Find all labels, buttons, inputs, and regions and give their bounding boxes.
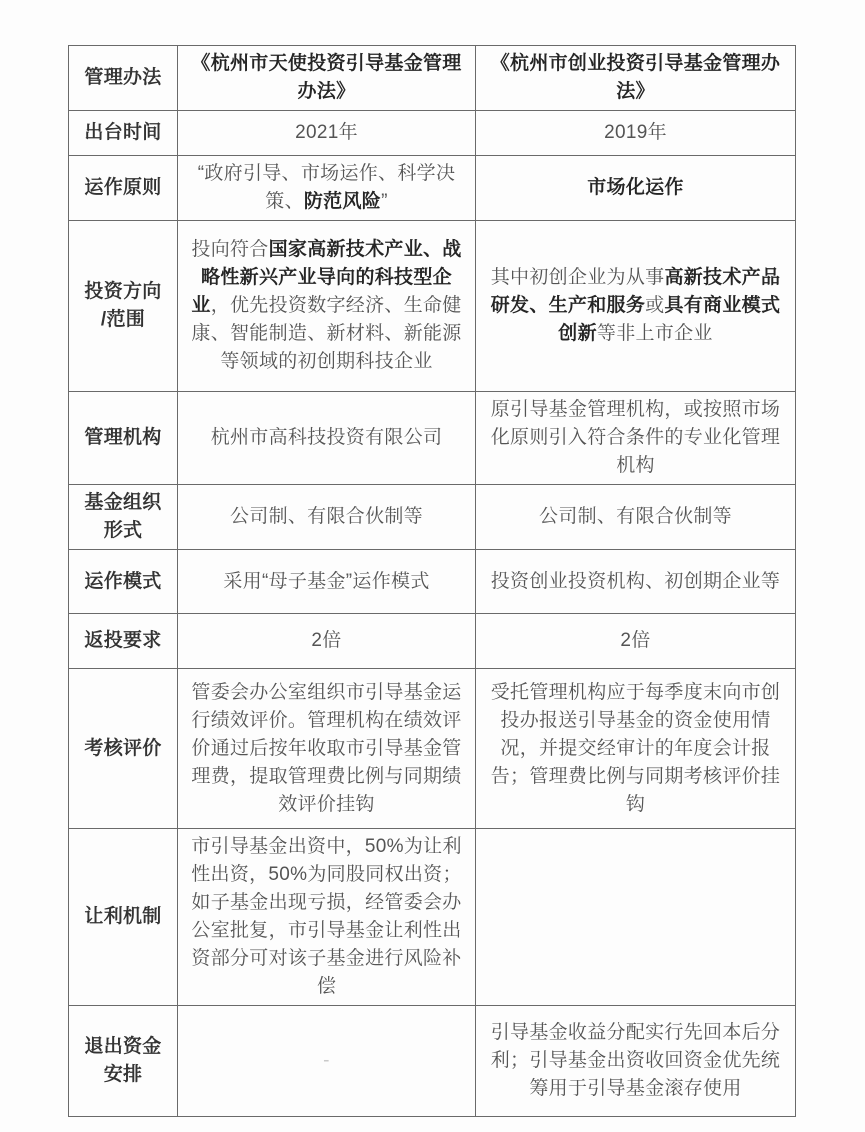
cell-angel-operation-principle: “政府引导、市场运作、科学决策、防范风险”: [178, 156, 476, 221]
row-management-org: 管理机构 杭州市高科技投资有限公司 原引导基金管理机构，或按照市场化原则引入符合…: [69, 392, 796, 485]
row-header-exit-arrangement: 退出资金 安排: [69, 1006, 178, 1117]
cell-angel-management-org: 杭州市高科技投资有限公司: [178, 392, 476, 485]
scanned-document-page: 管理办法 《杭州市天使投资引导基金管理办法》 《杭州市创业投资引导基金管理办法》…: [0, 0, 865, 1132]
cell-angel-investment-scope: 投向符合国家高新技术产业、战略性新兴产业导向的科技型企业，优先投资数字经济、生命…: [178, 221, 476, 392]
row-exit-arrangement: 退出资金 安排 - 引导基金收益分配实行先回本后分利；引导基金出资收回资金优先统…: [69, 1006, 796, 1117]
cell-venture-management-org: 原引导基金管理机构，或按照市场化原则引入符合条件的专业化管理机构: [476, 392, 796, 485]
row-operation-mode: 运作模式 采用“母子基金”运作模式 投资创业投资机构、初创期企业等: [69, 550, 796, 614]
row-evaluation: 考核评价 管委会办公室组织市引导基金运行绩效评价。管理机构在绩效评价通过后按年收…: [69, 669, 796, 829]
row-fund-structure: 基金组织 形式 公司制、有限合伙制等 公司制、有限合伙制等: [69, 485, 796, 550]
cell-angel-exit-arrangement: -: [178, 1006, 476, 1117]
cell-angel-issue-year: 2021年: [178, 111, 476, 156]
cell-angel-reinvest-requirement: 2倍: [178, 614, 476, 669]
row-header-operation-principle: 运作原则: [69, 156, 178, 221]
cell-venture-issue-year: 2019年: [476, 111, 796, 156]
row-header-evaluation: 考核评价: [69, 669, 178, 829]
cell-venture-evaluation: 受托管理机构应于每季度末向市创投办报送引导基金的资金使用情况，并提交经审计的年度…: [476, 669, 796, 829]
cell-venture-operation-principle: 市场化运作: [476, 156, 796, 221]
cell-venture-reinvest-requirement: 2倍: [476, 614, 796, 669]
cell-angel-fund-structure: 公司制、有限合伙制等: [178, 485, 476, 550]
row-header-reinvest-requirement: 返投要求: [69, 614, 178, 669]
cell-venture-fund-structure: 公司制、有限合伙制等: [476, 485, 796, 550]
row-reinvest-requirement: 返投要求 2倍 2倍: [69, 614, 796, 669]
row-investment-scope: 投资方向 /范围 投向符合国家高新技术产业、战略性新兴产业导向的科技型企业，优先…: [69, 221, 796, 392]
cell-angel-measure-title: 《杭州市天使投资引导基金管理办法》: [178, 46, 476, 111]
row-header-issue-year: 出台时间: [69, 111, 178, 156]
cell-angel-operation-mode: 采用“母子基金”运作模式: [178, 550, 476, 614]
row-profit-concession: 让利机制 市引导基金出资中，50%为让利性出资，50%为同股同权出资；如子基金出…: [69, 829, 796, 1006]
row-issue-year: 出台时间 2021年 2019年: [69, 111, 796, 156]
row-header-measure-title: 管理办法: [69, 46, 178, 111]
cell-angel-profit-concession: 市引导基金出资中，50%为让利性出资，50%为同股同权出资；如子基金出现亏损，经…: [178, 829, 476, 1006]
row-operation-principle: 运作原则 “政府引导、市场运作、科学决策、防范风险” 市场化运作: [69, 156, 796, 221]
row-header-profit-concession: 让利机制: [69, 829, 178, 1006]
row-header-management-org: 管理机构: [69, 392, 178, 485]
row-header-fund-structure: 基金组织 形式: [69, 485, 178, 550]
cell-venture-investment-scope: 其中初创企业为从事高新技术产品研发、生产和服务或具有商业模式创新等非上市企业: [476, 221, 796, 392]
fund-comparison-table: 管理办法 《杭州市天使投资引导基金管理办法》 《杭州市创业投资引导基金管理办法》…: [68, 45, 796, 1117]
row-measure-title: 管理办法 《杭州市天使投资引导基金管理办法》 《杭州市创业投资引导基金管理办法》: [69, 46, 796, 111]
cell-angel-evaluation: 管委会办公室组织市引导基金运行绩效评价。管理机构在绩效评价通过后按年收取市引导基…: [178, 669, 476, 829]
cell-venture-measure-title: 《杭州市创业投资引导基金管理办法》: [476, 46, 796, 111]
row-header-investment-scope: 投资方向 /范围: [69, 221, 178, 392]
cell-venture-profit-concession: [476, 829, 796, 1006]
cell-venture-operation-mode: 投资创业投资机构、初创期企业等: [476, 550, 796, 614]
row-header-operation-mode: 运作模式: [69, 550, 178, 614]
cell-venture-exit-arrangement: 引导基金收益分配实行先回本后分利；引导基金出资收回资金优先统筹用于引导基金滚存使…: [476, 1006, 796, 1117]
